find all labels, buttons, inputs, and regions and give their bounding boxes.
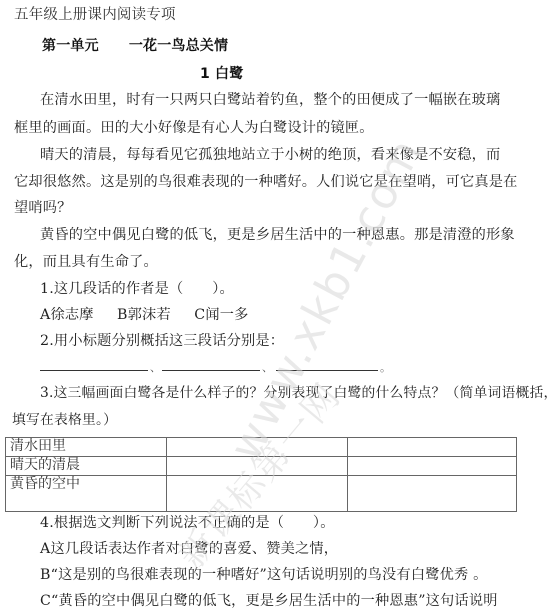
question-1-options: A徐志摩 B郭沫若 C闻一多 <box>40 306 249 324</box>
answer-blank-1[interactable] <box>40 370 148 371</box>
question-4-option-c[interactable]: C“黄昏的空中偶见白鹭的低飞，更是乡居生活中的一种恩惠”这句话说明 <box>40 592 498 610</box>
passage-line: 晴天的清晨，每每看见它孤独地站立于小树的绝顶，看来像是不安稳，而 <box>40 146 500 164</box>
question-2-blanks: 、 、 。 <box>40 358 510 374</box>
separator: 。 <box>380 359 391 375</box>
separator: 、 <box>150 359 161 375</box>
answer-table: 清水田里 晴天的清晨 黄昏的空中 <box>5 437 517 512</box>
question-4-option-b[interactable]: B“这是别的鸟很难表现的一种嗜好”这句话说明别的鸟没有白鹭优秀 。 <box>40 566 487 584</box>
option-b[interactable]: B郭沫若 <box>117 307 171 323</box>
option-a[interactable]: A徐志摩 <box>40 307 94 323</box>
question-4-option-a[interactable]: A这几段话表达作者对白鹭的喜爱、赞美之情， <box>40 540 338 558</box>
table-cell-trait[interactable] <box>348 438 517 457</box>
unit-theme: 一花一鸟总关情 <box>129 38 228 54</box>
table-cell-appearance[interactable] <box>167 457 348 476</box>
passage-line: 望哨吗？ <box>14 199 72 217</box>
table-cell-scene: 晴天的清晨 <box>6 457 167 476</box>
table-cell-trait[interactable] <box>348 457 517 476</box>
unit-label: 第一单元 <box>42 38 99 54</box>
answer-blank-2[interactable] <box>162 370 260 371</box>
question-3-stem: 3.这三幅画面白鹭各是什么样子的？分别表现了白鹭的什么特点？（简单词语概括， <box>40 384 557 402</box>
table-cell-appearance[interactable] <box>167 476 348 512</box>
question-1-stem: 1.这几段话的作者是（ ）。 <box>40 280 234 298</box>
passage-line: 在清水田里，时有一只两只白鹭站着钓鱼，整个的田便成了一幅嵌在玻璃 <box>40 91 500 109</box>
passage-line: 它却很悠然。这是别的鸟很难表现的一种嗜好。人们说它是在望哨，可它真是在 <box>14 173 518 191</box>
worksheet-header: 五年级上册课内阅读专项 <box>14 6 176 24</box>
passage-line: 黄昏的空中偶见白鹭的低飞，更是乡居生活中的一种恩惠。那是清澄的形象 <box>40 226 515 244</box>
passage-line: 化，而且具有生命了。 <box>14 253 158 271</box>
separator: 、 <box>262 359 273 375</box>
table-cell-scene: 黄昏的空中 <box>6 476 167 512</box>
table-row: 黄昏的空中 <box>6 476 517 512</box>
question-3-stem-continued: 填写在表格里。） <box>12 411 117 429</box>
question-2-stem: 2.用小标题分别概括这三段话分别是： <box>40 332 284 350</box>
table-cell-trait[interactable] <box>348 476 517 512</box>
table-row: 晴天的清晨 <box>6 457 517 476</box>
lesson-title: 1 白鹭 <box>200 65 243 83</box>
answer-blank-3[interactable] <box>276 370 378 371</box>
unit-title: 第一单元一花一鸟总关情 <box>42 37 228 55</box>
table-row: 清水田里 <box>6 438 517 457</box>
table-cell-appearance[interactable] <box>167 438 348 457</box>
table-cell-scene: 清水田里 <box>6 438 167 457</box>
worksheet-page: 五年级上册课内阅读专项 第一单元一花一鸟总关情 1 白鹭 在清水田里，时有一只两… <box>0 0 559 616</box>
passage-line: 框里的画面。田的大小好像是有心人为白鹭设计的镜匣。 <box>14 119 374 137</box>
option-c[interactable]: C闻一多 <box>194 307 248 323</box>
question-4-stem: 4.根据选文判断下列说法不正确的是（ ）。 <box>40 514 335 532</box>
